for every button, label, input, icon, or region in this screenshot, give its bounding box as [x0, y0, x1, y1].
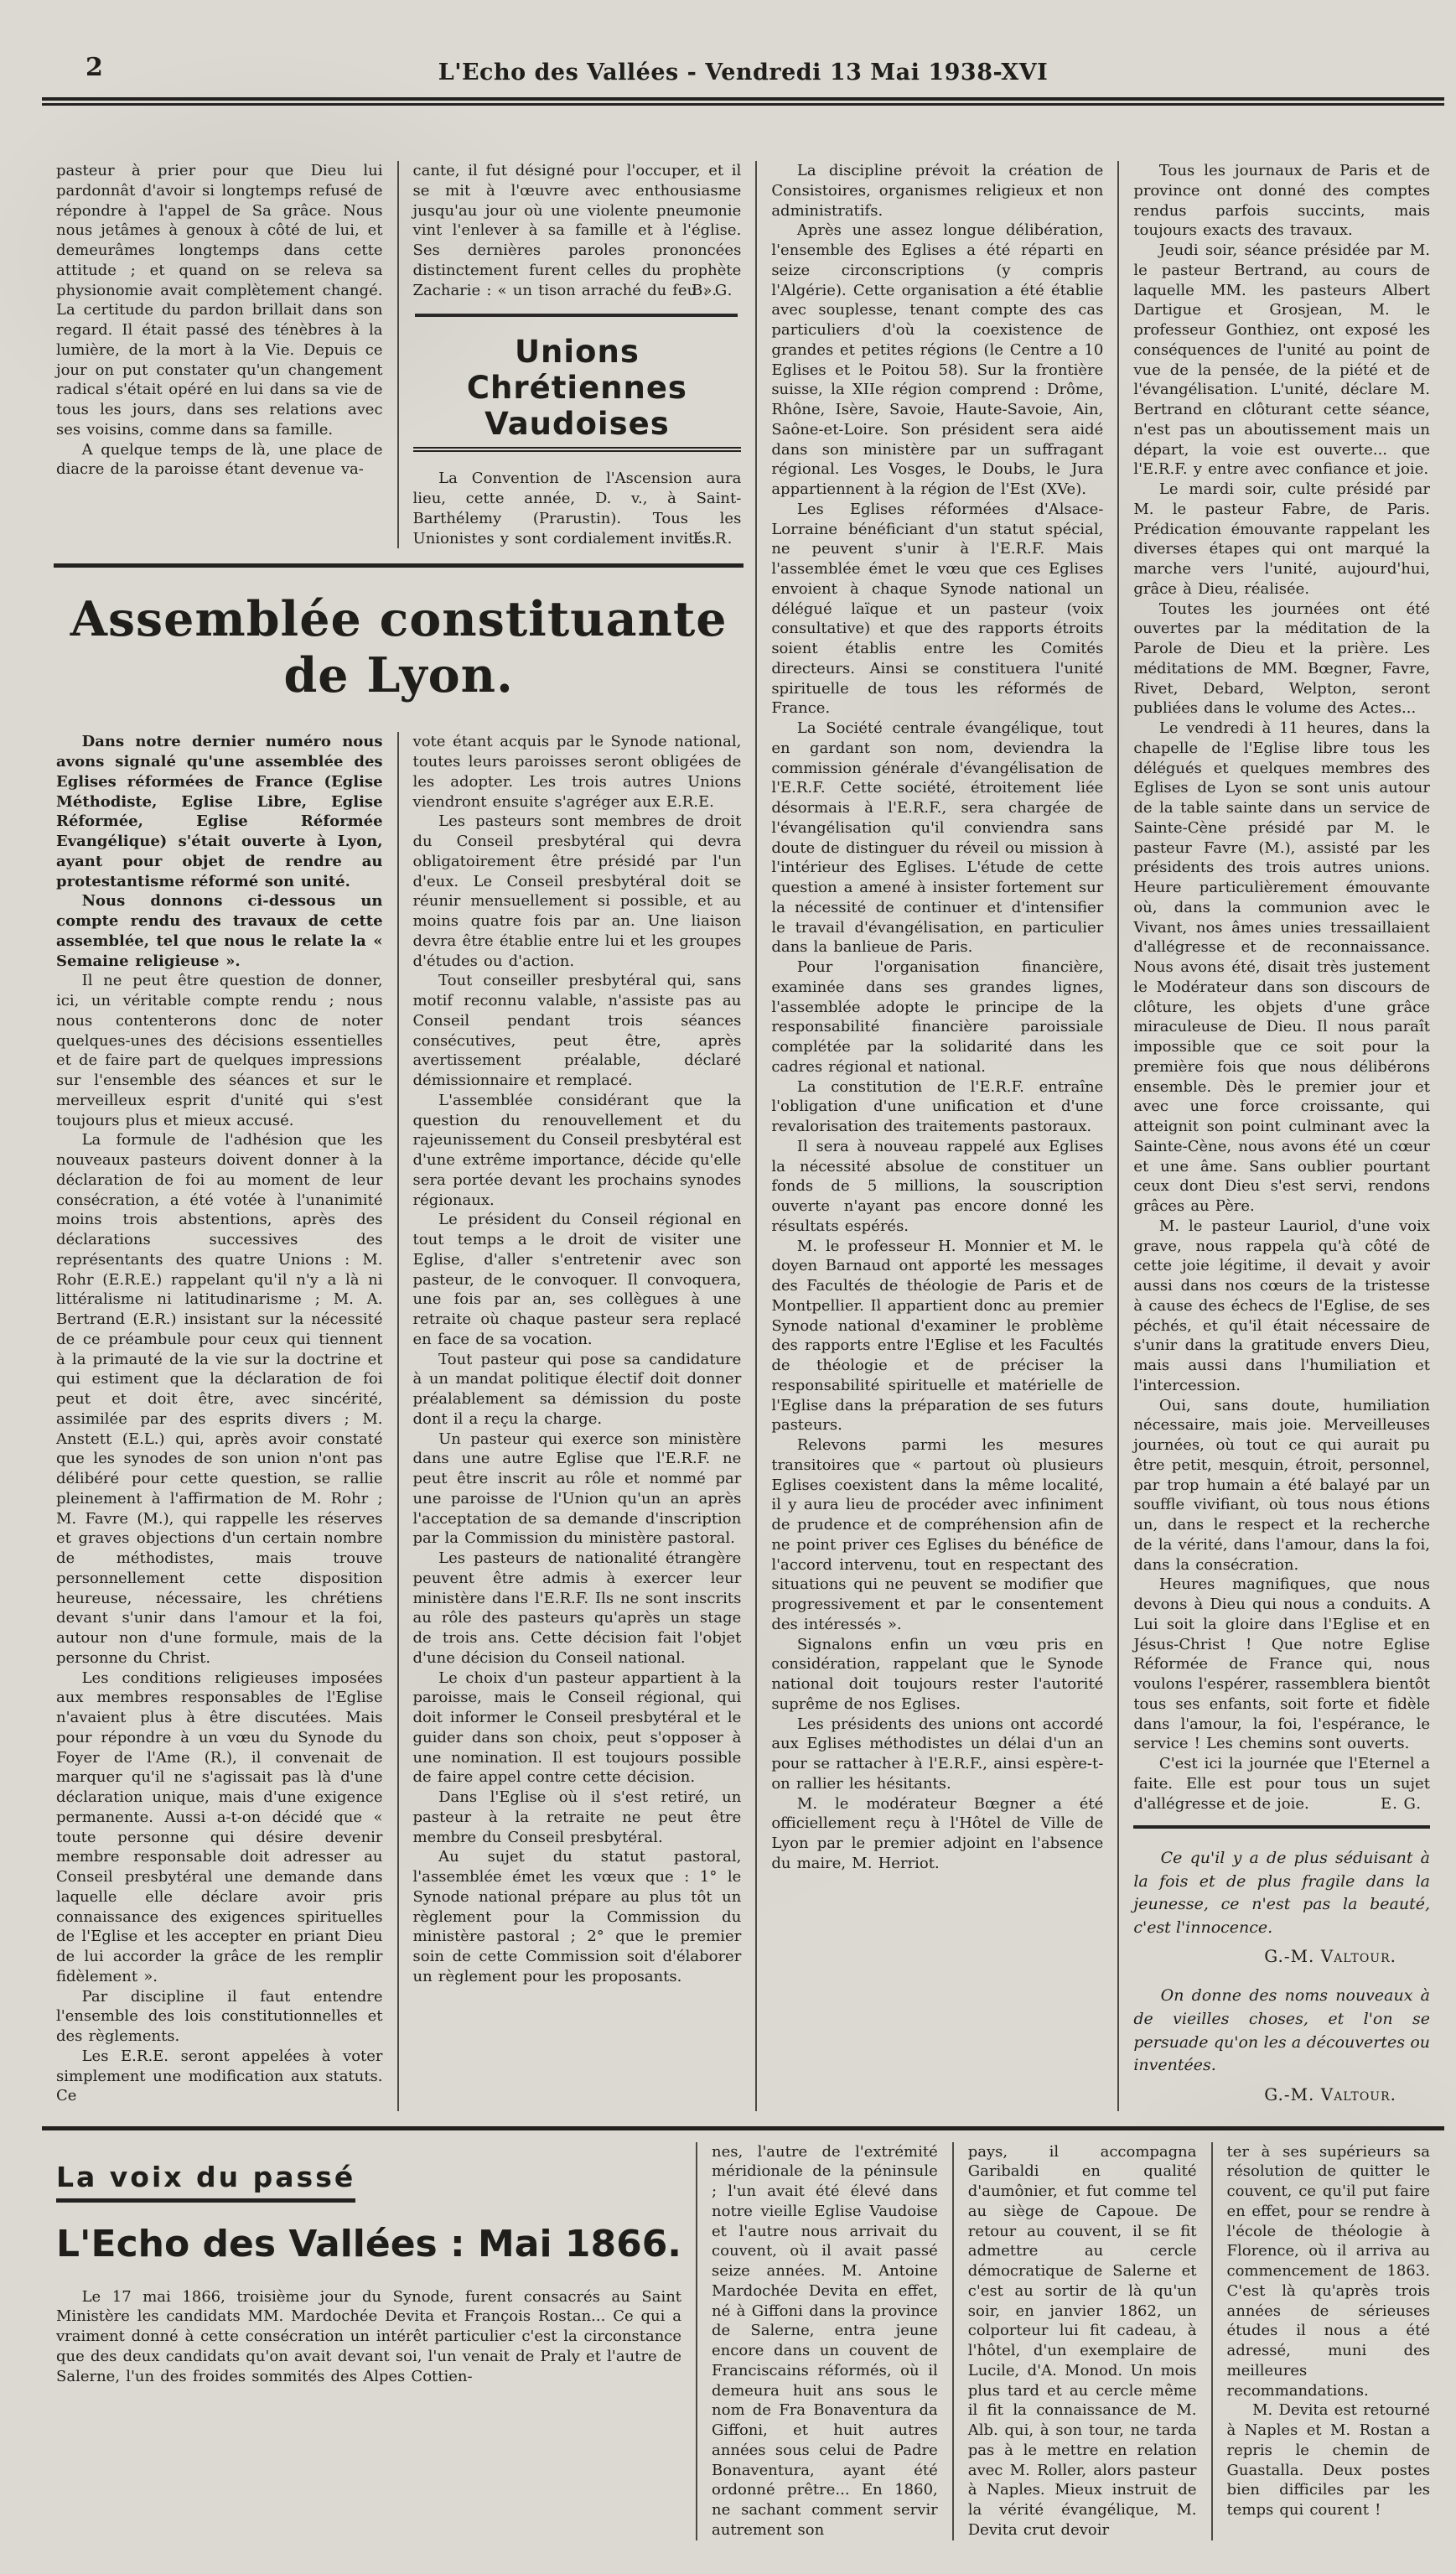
signature-text: E. G. [1381, 1795, 1422, 1813]
voix-kicker: La voix du passé [56, 2161, 681, 2203]
paragraph: Dans l'Eglise où il s'est retiré, un pas… [413, 1788, 742, 1847]
paragraph: Nous donnons ci-dessous un compte rendu … [56, 891, 383, 971]
paragraph: vote étant acquis par le Synode national… [413, 732, 742, 812]
masthead: L'Echo des Vallées - Vendredi 13 Mai 193… [42, 60, 1444, 86]
quote-author: G.-M. Valtour. [1133, 1946, 1430, 1966]
memorial-article-col1: pasteur à prier pour que Dieu lui pardon… [42, 161, 397, 548]
paragraph: Tous les journaux de Paris et de provinc… [1133, 161, 1430, 241]
paragraph: Les présidents des unions ont accordé au… [771, 1715, 1103, 1794]
unions-body: La Convention de l'Ascension aura lieu, … [413, 469, 742, 548]
quotes-divider [1133, 1825, 1430, 1829]
paragraph: La constitution de l'E.R.F. entraîne l'o… [771, 1077, 1103, 1137]
voix-col3: pays, il accompagna Garibaldi en qualité… [952, 2142, 1211, 2540]
paragraph: Les pasteurs de nationalité étrangère pe… [413, 1549, 742, 1668]
voix-col1-paragraphs: Le 17 mai 1866, troisième jour du Synode… [56, 2287, 681, 2387]
headline-divider [54, 563, 744, 568]
paragraph: Par discipline il faut entendre l'ensemb… [56, 1987, 383, 2047]
paragraph: Les pasteurs sont membres de droit du Co… [413, 812, 742, 971]
paragraph: M. le pasteur Lauriol, d'une voix grave,… [1133, 1217, 1430, 1396]
paragraph: Après une assez longue délibération, l'e… [771, 221, 1103, 500]
paragraph: pasteur à prier pour que Dieu lui pardon… [56, 161, 383, 440]
paragraph: Le 17 mai 1866, troisième jour du Synode… [56, 2287, 681, 2387]
congress-report-paragraphs: Tous les journaux de Paris et de provinc… [1133, 161, 1430, 1814]
signature-text: L. R. [693, 530, 733, 547]
voix-col1: La voix du passé L'Echo des Vallées : Ma… [42, 2142, 696, 2540]
paragraph: Jeudi soir, séance présidée par M. le pa… [1133, 241, 1430, 480]
quote-block: Ce qu'il y a de plus séduisant à la fois… [1133, 1847, 1430, 1966]
lyon-article-col3: La discipline prévoit la création de Con… [755, 161, 1117, 2111]
paragraph: M. Devita est retourné à Naples et M. Ro… [1227, 2400, 1430, 2520]
paragraph: La discipline prévoit la création de Con… [771, 161, 1103, 221]
paragraph: nes, l'autre de l'extrémité méridionale … [712, 2142, 938, 2540]
paragraph: Les conditions religieuses imposées aux … [56, 1668, 383, 1987]
paragraph: Le mardi soir, culte présidé par M. le p… [1133, 480, 1430, 599]
paragraph: La Convention de l'Ascension aura lieu, … [413, 469, 742, 548]
paragraph: M. le professeur H. Monnier et M. le doy… [771, 1237, 1103, 1436]
signature-text: B. G. [692, 282, 733, 299]
paragraph: Un pasteur qui exerce son ministère dans… [413, 1430, 742, 1549]
paragraph: Tout pasteur qui pose sa candidature à u… [413, 1350, 742, 1430]
paragraph: Relevons parmi les mesures transitoires … [771, 1435, 1103, 1635]
paragraph: Il sera à nouveau rappelé aux Eglises la… [771, 1137, 1103, 1237]
paragraph: ter à ses supérieurs sa résolution de qu… [1227, 2142, 1430, 2401]
quote-text: Ce qu'il y a de plus séduisant à la fois… [1133, 1847, 1430, 1939]
quote-block: On donne des noms nouveaux à de vieilles… [1133, 1985, 1430, 2104]
page-header: 2 L'Echo des Vallées - Vendredi 13 Mai 1… [42, 0, 1444, 91]
newspaper-page: 2 L'Echo des Vallées - Vendredi 13 Mai 1… [0, 0, 1456, 2574]
voix-headline: L'Echo des Vallées : Mai 1866. [56, 2223, 681, 2265]
voix-du-passe-section: La voix du passé L'Echo des Vallées : Ma… [42, 2126, 1444, 2540]
paragraph: L'assemblée considérant que la question … [413, 1091, 742, 1211]
paragraph: Les E.R.E. seront appelées à voter simpl… [56, 2047, 383, 2106]
voix-kicker-text: La voix du passé [56, 2161, 355, 2203]
main-content: pasteur à prier pour que Dieu lui pardon… [42, 161, 1444, 2111]
lyon-headline-block: Assemblée constituante de Lyon. [42, 548, 755, 732]
memorial-article-col2: cante, il fut désigné pour l'occuper, et… [397, 161, 756, 548]
paragraph: Les Eglises réformées d'Alsace-Lorraine … [771, 500, 1103, 719]
paragraph: Heures magnifiques, que nous devons à Di… [1133, 1575, 1430, 1754]
lyon-article-col2: vote étant acquis par le Synode national… [397, 732, 756, 2110]
paragraph: Le choix d'un pasteur appartient à la pa… [413, 1668, 742, 1788]
paragraph: La Société centrale évangélique, tout en… [771, 719, 1103, 957]
memorial-col2-paragraphs: cante, il fut désigné pour l'occuper, et… [413, 161, 742, 300]
paragraph: A quelque temps de là, une place de diac… [56, 440, 383, 480]
quote-author: G.-M. Valtour. [1133, 2084, 1430, 2104]
paragraph: Tout conseiller presbytéral qui, sans mo… [413, 971, 742, 1091]
quote-text: On donne des noms nouveaux à de vieilles… [1133, 1985, 1430, 2077]
unions-headline-text: Unions Chrétiennes Vaudoises [413, 334, 742, 452]
lyon-headline: Assemblée constituante de Lyon. [49, 591, 749, 703]
paragraph: Dans notre dernier numéro nous avons sig… [56, 732, 383, 891]
paragraph: Oui, sans doute, humiliation nécessaire,… [1133, 1396, 1430, 1575]
paragraph: La formule de l'adhésion que les nouveau… [56, 1130, 383, 1668]
paragraph: Au sujet du statut pastoral, l'assemblée… [413, 1847, 742, 1986]
unions-headline: Unions Chrétiennes Vaudoises [413, 334, 742, 452]
paragraph: Le vendredi à 11 heures, dans la chapell… [1133, 719, 1430, 1217]
paragraph: M. le modérateur Bœgner a été officielle… [771, 1794, 1103, 1874]
paragraph: Toutes les journées ont été ouvertes par… [1133, 599, 1430, 719]
paragraph: Le président du Conseil régional en tout… [413, 1210, 742, 1349]
paragraph: cante, il fut désigné pour l'occuper, et… [413, 161, 742, 300]
header-divider [42, 97, 1444, 106]
paragraph: Signalons enfin un vœu pris en considéra… [771, 1635, 1103, 1715]
lyon-article-col1: Dans notre dernier numéro nous avons sig… [42, 732, 397, 2110]
paragraph: Il ne peut être question de donner, ici,… [56, 971, 383, 1130]
voix-col2: nes, l'autre de l'extrémité méridionale … [696, 2142, 952, 2540]
column-4: Tous les journaux de Paris et de provinc… [1117, 161, 1444, 2111]
voix-col4: ter à ses supérieurs sa résolution de qu… [1211, 2142, 1444, 2540]
paragraph: Pour l'organisation financière, examinée… [771, 957, 1103, 1077]
paragraph: pays, il accompagna Garibaldi en qualité… [968, 2142, 1197, 2540]
section-divider [415, 314, 738, 317]
